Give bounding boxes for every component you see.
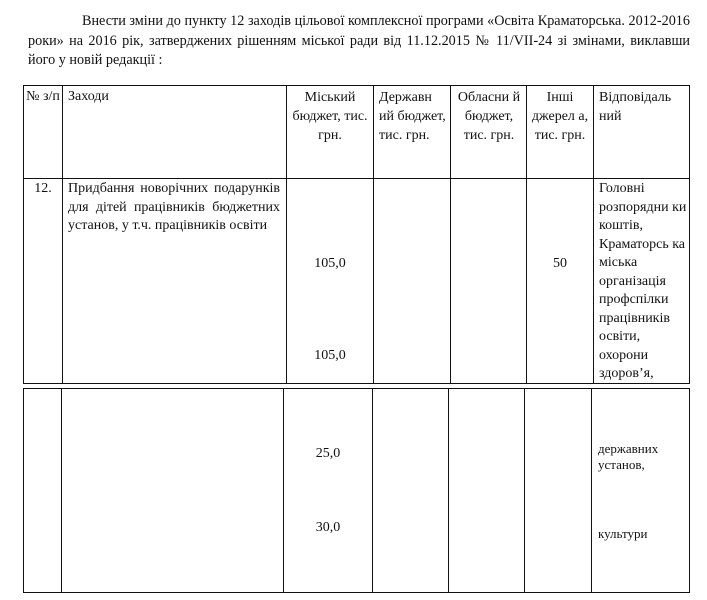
city-budget-value: 105,0 <box>288 255 372 274</box>
responsible-line: культури <box>598 526 690 542</box>
column-divider <box>61 389 62 592</box>
header-regional-budget: Обласни й бюджет, тис. грн. <box>454 88 524 145</box>
header-city-budget: Міський бюджет, тис. грн. <box>290 88 370 145</box>
intro-text: Внести зміни до пункту 12 заходів цільов… <box>28 12 690 71</box>
column-divider <box>526 86 527 383</box>
measures-table-part-1: № з/п Заходи Міський бюджет, тис. грн. Д… <box>23 85 690 384</box>
header-num: № з/п <box>26 88 60 107</box>
responsible-line: державних установ, <box>598 441 690 473</box>
column-divider <box>591 389 592 592</box>
intro-paragraph: Внести зміни до пункту 12 заходів цільов… <box>28 12 690 71</box>
header-measures: Заходи <box>68 88 280 107</box>
column-divider <box>593 86 594 383</box>
city-budget-value: 30,0 <box>285 519 371 538</box>
row-num: 12. <box>26 180 60 199</box>
header-other-sources: Інші джерел а, тис. грн. <box>530 88 590 145</box>
column-divider <box>524 389 525 592</box>
header-responsible: Відповідаль ний <box>599 88 689 126</box>
row-measure: Придбання новорічних подарунків для діте… <box>68 180 280 236</box>
measures-table-part-2: 25,0 30,0 державних установ, культури <box>23 388 690 593</box>
city-budget-value: 25,0 <box>285 445 371 464</box>
column-divider <box>283 389 284 592</box>
row-responsible: Головні розпорядни ки коштів, Краматорсь… <box>599 180 689 384</box>
column-divider <box>373 86 374 383</box>
header-state-budget: Державн ий бюджет, тис. грн. <box>379 88 447 145</box>
column-divider <box>448 389 449 592</box>
other-sources-value: 50 <box>528 255 592 274</box>
column-divider <box>372 389 373 592</box>
column-divider <box>62 86 63 383</box>
column-divider <box>286 86 287 383</box>
header-divider <box>24 178 689 179</box>
city-budget-value: 105,0 <box>288 347 372 366</box>
column-divider <box>450 86 451 383</box>
